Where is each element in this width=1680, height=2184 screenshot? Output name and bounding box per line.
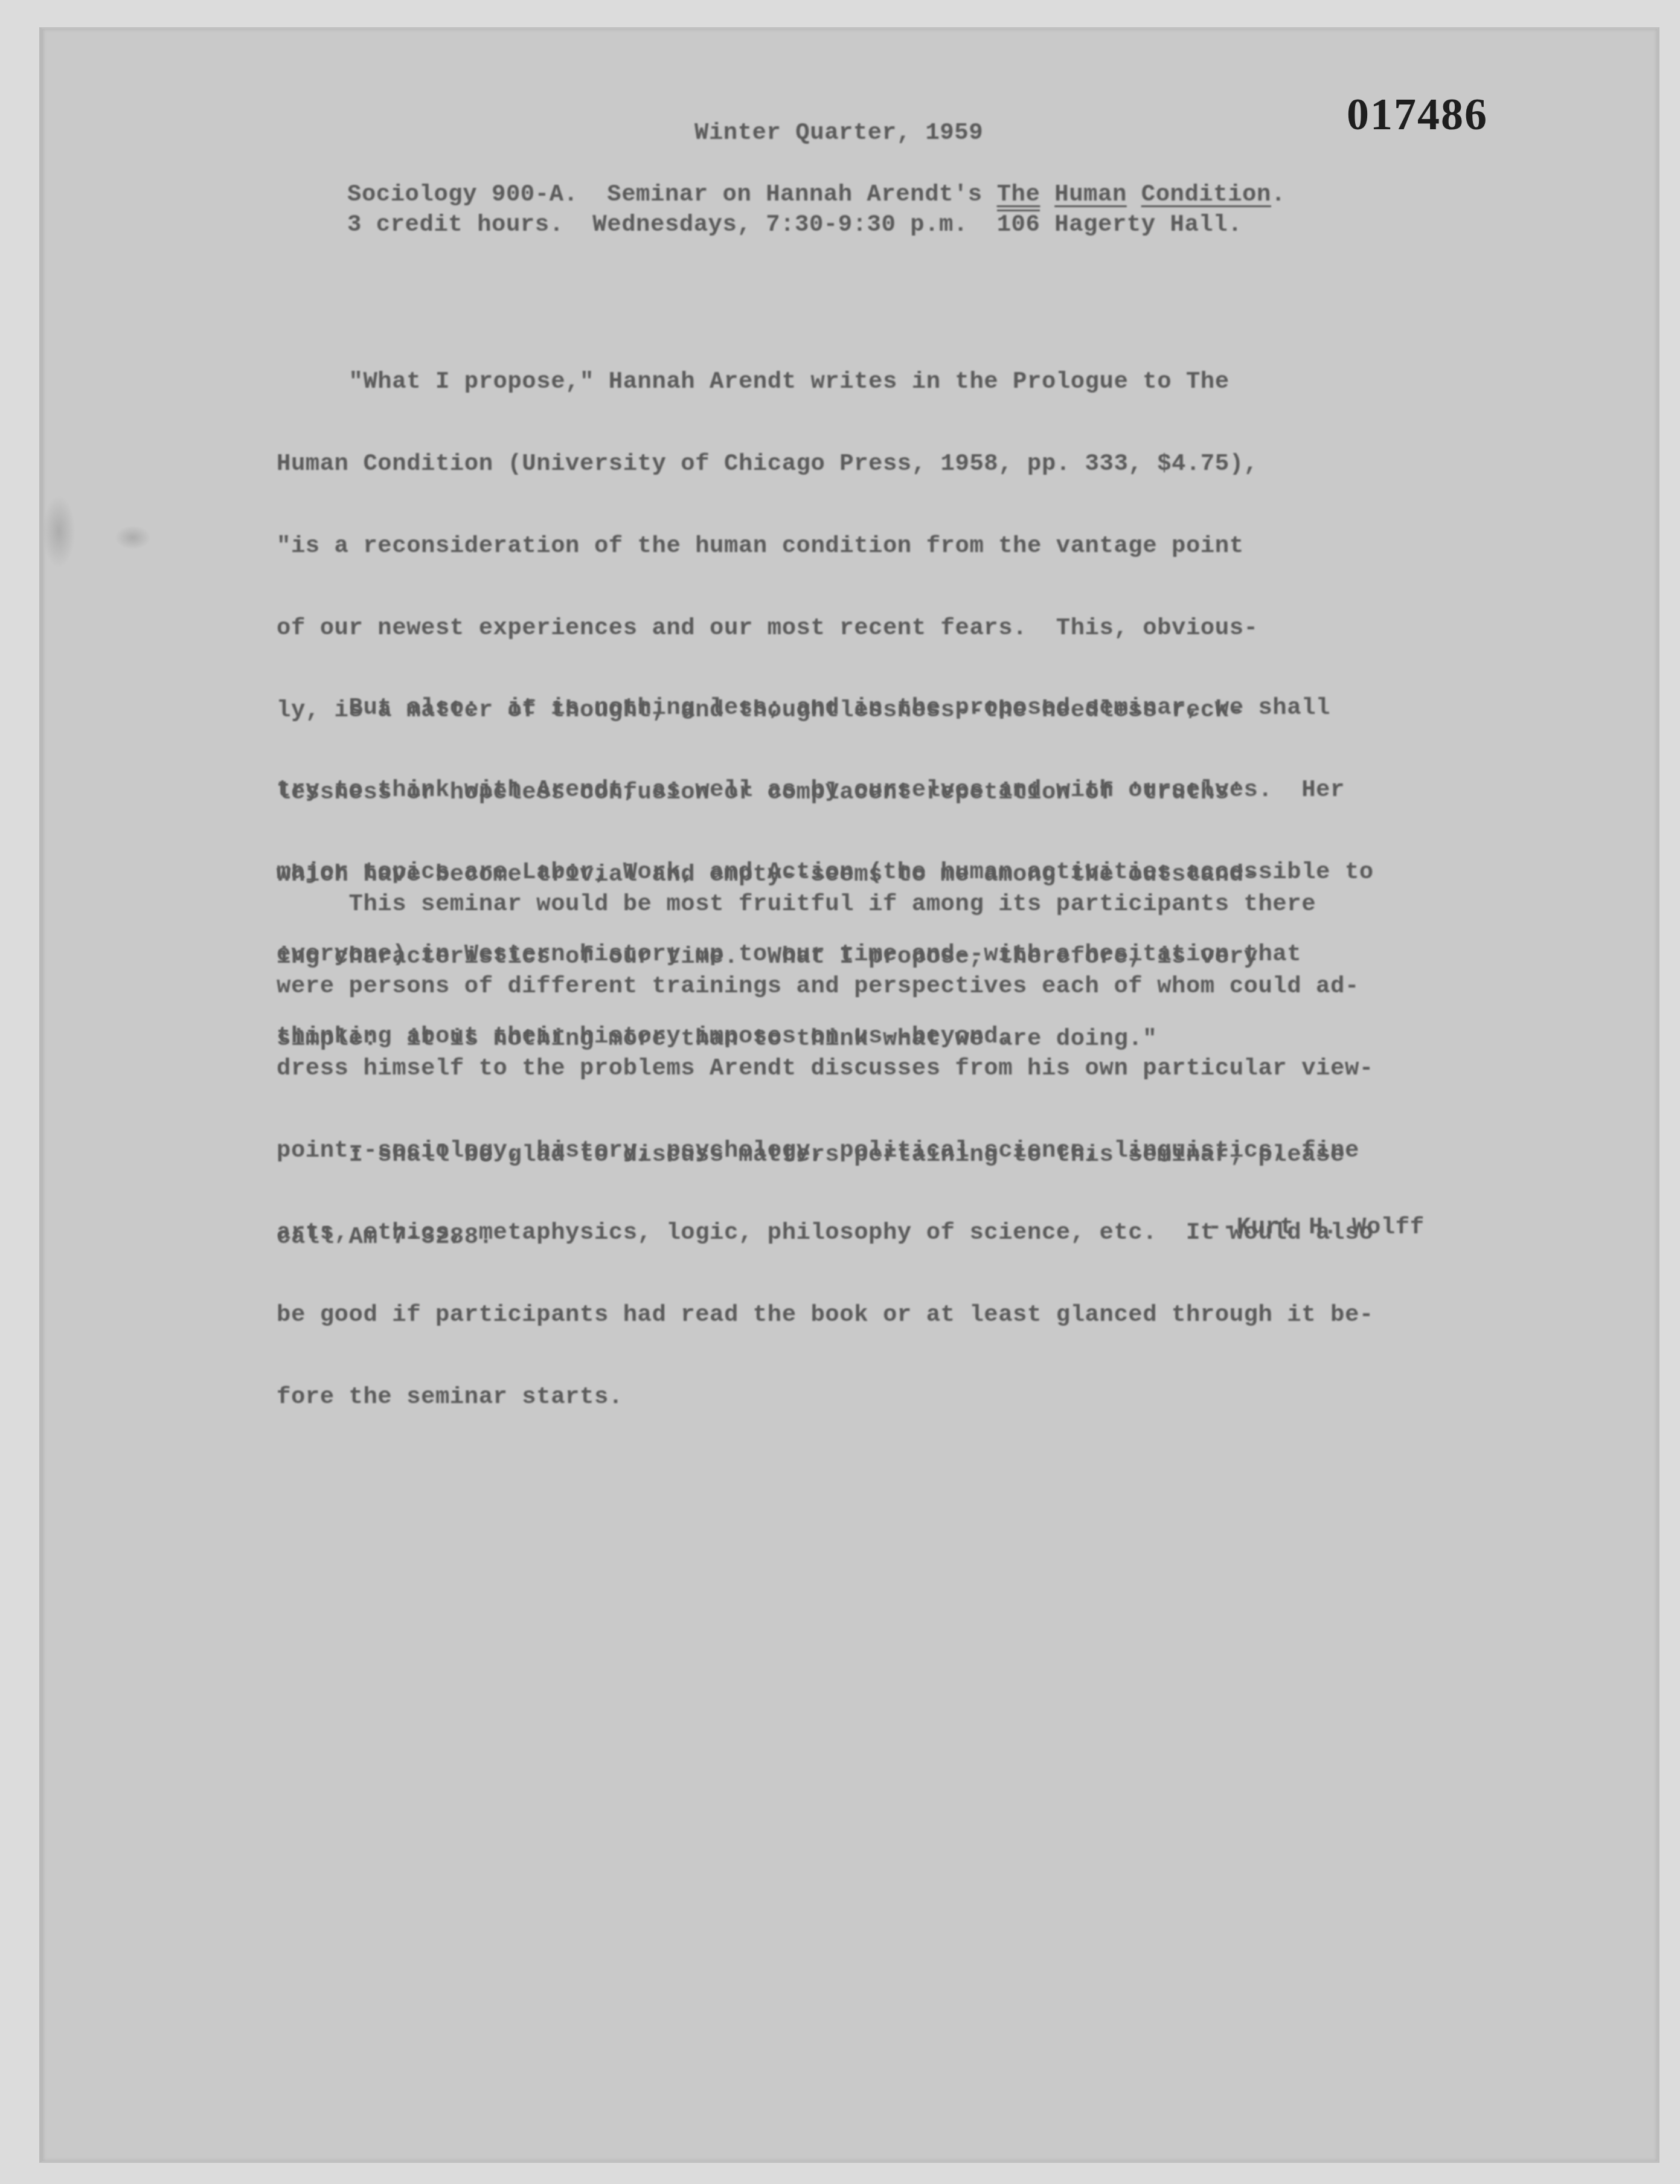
paragraph-line: Human Condition (University of Chicago P… — [277, 449, 1484, 478]
paragraph-line: This seminar would be most fruitful if a… — [277, 890, 1484, 919]
paragraph-line: "What I propose," Hannah Arendt writes i… — [277, 367, 1484, 396]
paragraph-line: dress himself to the problems Arendt dis… — [277, 1054, 1484, 1083]
paragraph-line: fore the seminar starts. — [277, 1383, 1484, 1412]
date-line: Winter Quarter, 1959 — [694, 120, 983, 146]
course-line1-prefix: Sociology 900-A. Seminar on Hannah Arend… — [347, 181, 997, 208]
scan-smudge — [115, 525, 151, 550]
paragraph-4: I shall be glad to discuss matters perta… — [277, 1087, 1484, 1278]
signature: --Kurt H. Wolff — [1208, 1214, 1425, 1241]
scan-smudge — [42, 495, 75, 568]
course-line1-suffix: . — [1271, 181, 1286, 208]
paragraph-line: of our newest experiences and our most r… — [277, 614, 1484, 643]
course-schedule-line: 3 credit hours. Wednesdays, 7:30-9:30 p.… — [347, 211, 1242, 238]
paragraph-line: were persons of different trainings and … — [277, 972, 1484, 1001]
course-line2-suffix: Hagerty Hall. — [1040, 211, 1242, 238]
paragraph-line: try to think with Arendt, as well as by … — [277, 776, 1484, 805]
document-number: 017486 — [1347, 89, 1488, 141]
room-number: 106 — [997, 210, 1040, 238]
paragraph-line: I shall be glad to discuss matters perta… — [277, 1140, 1484, 1169]
course-line2-prefix: 3 credit hours. Wednesdays, 7:30-9:30 p.… — [347, 211, 997, 238]
book-title-the: The — [997, 181, 1040, 208]
paragraph-line: But also: it is nothing less; and in the… — [277, 693, 1484, 722]
paragraph-line: be good if participants had read the boo… — [277, 1300, 1484, 1329]
book-title-human: Human — [1054, 181, 1127, 208]
book-title-condition: Condition — [1141, 181, 1271, 208]
paragraph-line: "is a reconsideration of the human condi… — [277, 532, 1484, 560]
course-title-line: Sociology 900-A. Seminar on Hannah Arend… — [347, 181, 1286, 208]
